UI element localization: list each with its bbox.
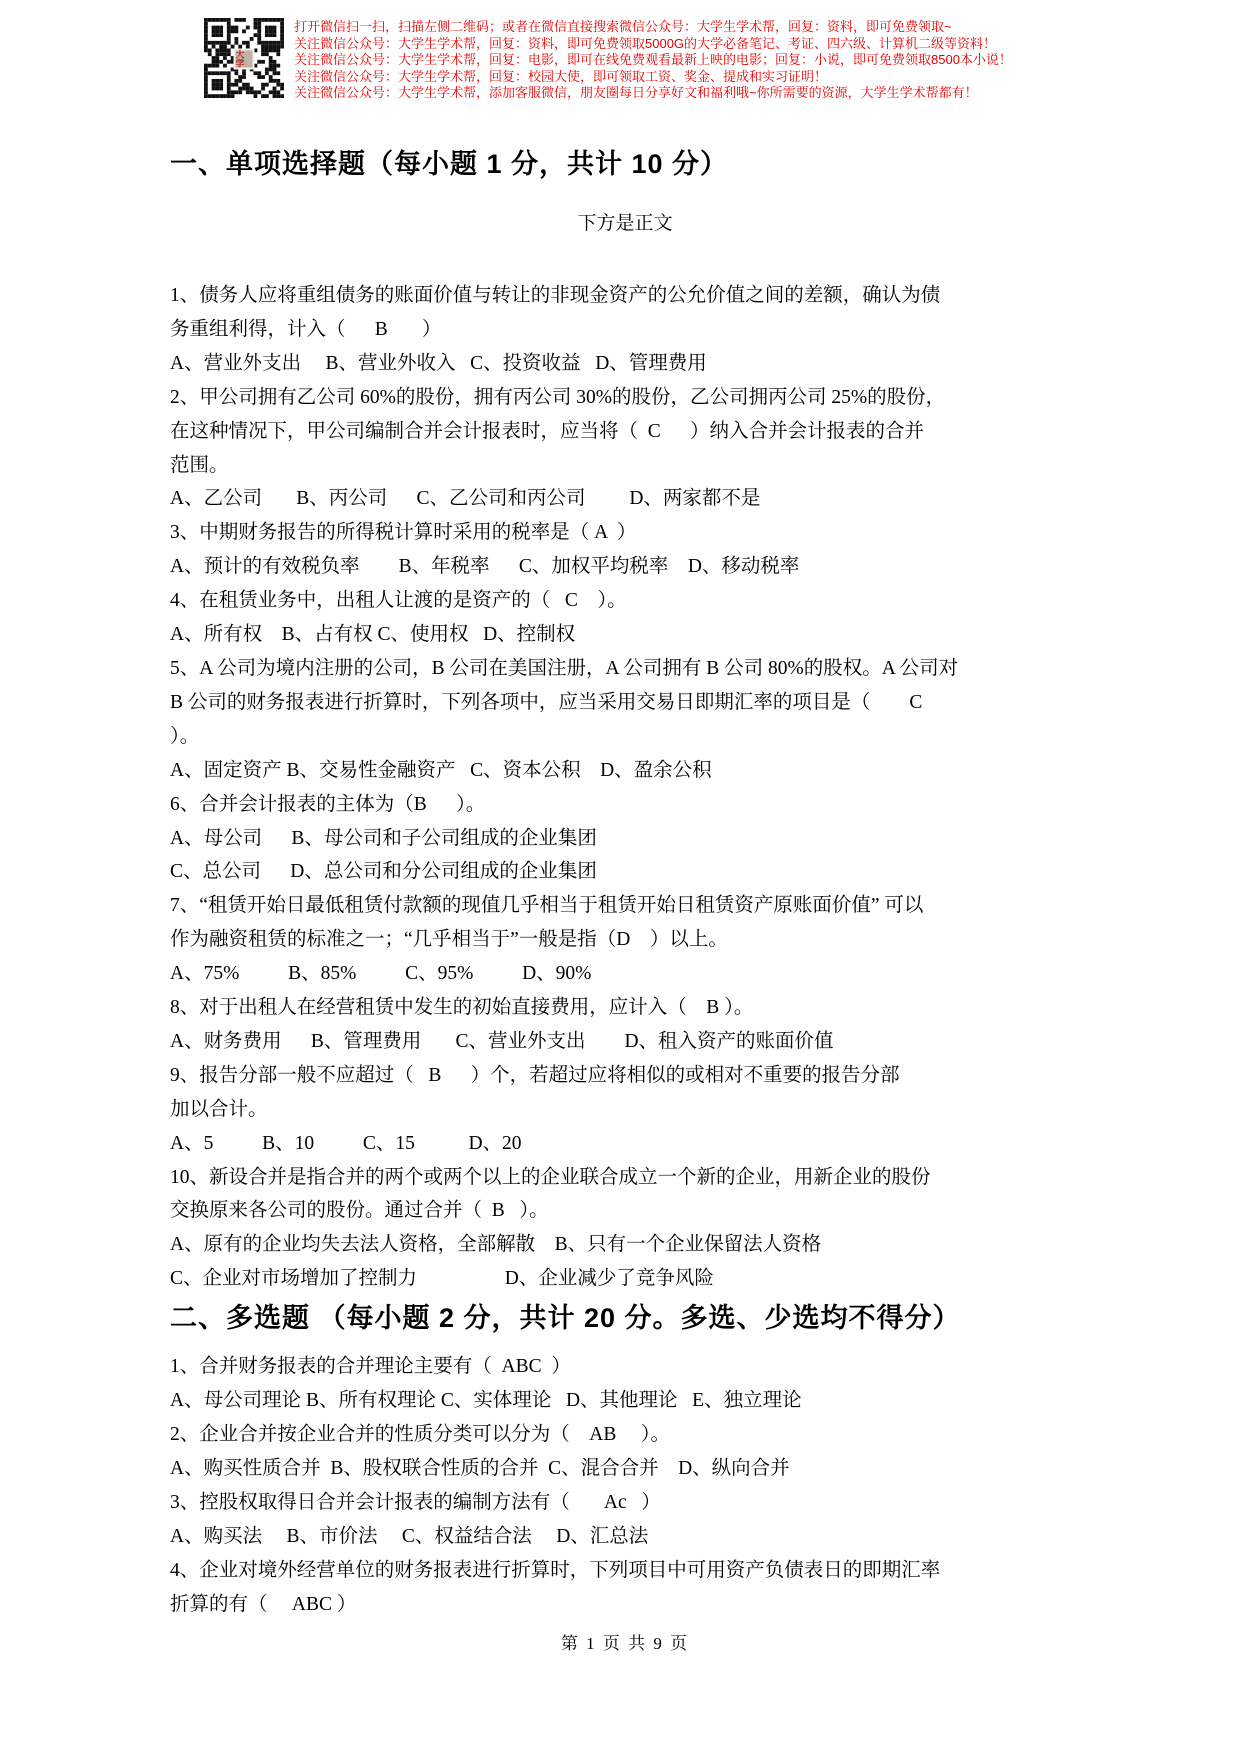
exam-text-line: 3、中期财务报告的所得税计算时采用的税率是（ A ）	[170, 516, 1080, 550]
exam-content: 一、单项选择题（每小题 1 分，共计 10 分） 下方是正文 1、债务人应将重组…	[0, 0, 1240, 1654]
exam-text-line: A、所有权 B、占有权 C、使用权 D、控制权	[170, 618, 1080, 652]
exam-text-line: A、购买法 B、市价法 C、权益结合法 D、汇总法	[170, 1520, 1080, 1554]
section1-title: 一、单项选择题（每小题 1 分，共计 10 分）	[170, 146, 1080, 182]
exam-text-line: 折算的有（ ABC ）	[170, 1588, 1080, 1622]
promo-text-line: 关注微信公众号：大学生学术帮，回复：校园大使，即可领取工资、奖金、提成和实习证明…	[294, 69, 1012, 86]
exam-text-line: 5、A 公司为境内注册的公司，B 公司在美国注册，A 公司拥有 B 公司 80%…	[170, 652, 1080, 686]
exam-text-line: A、购买性质合并 B、股权联合性质的合并 C、混合合并 D、纵向合并	[170, 1452, 1080, 1486]
promo-text-line: 打开微信扫一扫，扫描左侧二维码；或者在微信直接搜索微信公众号：大学生学术帮，回复…	[294, 19, 1012, 36]
exam-text-line: 9、报告分部一般不应超过（ B ）个，若超过应将相似的或相对不重要的报告分部	[170, 1059, 1080, 1093]
exam-text-line: A、预计的有效税负率 B、年税率 C、加权平均税率 D、移动税率	[170, 550, 1080, 584]
qr-code: 大学	[204, 18, 284, 100]
exam-text-line: A、5 B、10 C、15 D、20	[170, 1127, 1080, 1161]
exam-text-line: 在这种情况下，甲公司编制合并会计报表时，应当将（ C ）纳入合并会计报表的合并	[170, 415, 1080, 449]
promo-text-lines: 打开微信扫一扫，扫描左侧二维码；或者在微信直接搜索微信公众号：大学生学术帮，回复…	[294, 19, 1012, 102]
exam-text-line: 范围。	[170, 449, 1080, 483]
exam-text-line: 2、企业合并按企业合并的性质分类可以分为（ AB ）。	[170, 1418, 1080, 1452]
exam-text-line: 10、新设合并是指合并的两个或两个以上的企业联合成立一个新的企业，用新企业的股份	[170, 1161, 1080, 1195]
exam-text-line: 6、合并会计报表的主体为（B ）。	[170, 788, 1080, 822]
exam-text-line: A、乙公司 B、丙公司 C、乙公司和丙公司 D、两家都不是	[170, 482, 1080, 516]
exam-text-line: A、财务费用 B、管理费用 C、营业外支出 D、租入资产的账面价值	[170, 1025, 1080, 1059]
exam-text-line: 1、合并财务报表的合并理论主要有（ ABC ）	[170, 1350, 1080, 1384]
exam-text-line: C、企业对市场增加了控制力 D、企业减少了竞争风险	[170, 1262, 1080, 1296]
exam-text-line: A、原有的企业均失去法人资格，全部解散 B、只有一个企业保留法人资格	[170, 1228, 1080, 1262]
exam-text-line: ）。	[170, 720, 1080, 754]
section2-title: 二、多选题 （每小题 2 分，共计 20 分。多选、少选均不得分）	[170, 1300, 1080, 1336]
exam-text-line: A、75% B、85% C、95% D、90%	[170, 957, 1080, 991]
section2-questions: 1、合并财务报表的合并理论主要有（ ABC ）A、母公司理论 B、所有权理论 C…	[170, 1350, 1080, 1621]
body-start-note: 下方是正文	[170, 208, 1080, 235]
exam-page: 大学 打开微信扫一扫，扫描左侧二维码；或者在微信直接搜索微信公众号：大学生学术帮…	[0, 0, 1240, 1754]
exam-text-line: 交换原来各公司的股份。通过合并（ B ）。	[170, 1194, 1080, 1228]
section1-questions: 1、债务人应将重组债务的账面价值与转让的非现金资产的公允价值之间的差额，确认为债…	[170, 279, 1080, 1296]
exam-text-line: 8、对于出租人在经营租赁中发生的初始直接费用，应计入（ B ）。	[170, 991, 1080, 1025]
exam-text-line: 4、在租赁业务中，出租人让渡的是资产的（ C ）。	[170, 584, 1080, 618]
exam-text-line: 1、债务人应将重组债务的账面价值与转让的非现金资产的公允价值之间的差额，确认为债	[170, 279, 1080, 313]
exam-text-line: A、固定资产 B、交易性金融资产 C、资本公积 D、盈余公积	[170, 754, 1080, 788]
promo-text-line: 关注微信公众号：大学生学术帮，添加客服微信，朋友圈每日分享好文和福利哦~你所需要…	[294, 85, 1012, 102]
promo-text-line: 关注微信公众号：大学生学术帮，回复：电影，即可在线免费观看最新上映的电影；回复：…	[294, 52, 1012, 69]
exam-text-line: A、母公司理论 B、所有权理论 C、实体理论 D、其他理论 E、独立理论	[170, 1384, 1080, 1418]
exam-text-line: A、母公司 B、母公司和子公司组成的企业集团	[170, 822, 1080, 856]
exam-text-line: 务重组利得，计入（ B ）	[170, 313, 1080, 347]
exam-text-line: 4、企业对境外经营单位的财务报表进行折算时，下列项目中可用资产负债表日的即期汇率	[170, 1554, 1080, 1588]
promo-text-line: 关注微信公众号：大学生学术帮，回复：资料，即可免费领取5000G的大学必备笔记、…	[294, 36, 1012, 53]
page-number: 第 1 页 共 9 页	[170, 1629, 1080, 1654]
exam-text-line: 3、控股权取得日合并会计报表的编制方法有（ Ac ）	[170, 1486, 1080, 1520]
exam-text-line: 7、“租赁开始日最低租赁付款额的现值几乎相当于租赁开始日租赁资产原账面价值” 可…	[170, 889, 1080, 923]
exam-text-line: 作为融资租赁的标准之一；“几乎相当于”一般是指（D ）以上。	[170, 923, 1080, 957]
exam-text-line: 2、甲公司拥有乙公司 60%的股份，拥有丙公司 30%的股份，乙公司拥丙公司 2…	[170, 381, 1080, 415]
promo-header: 大学 打开微信扫一扫，扫描左侧二维码；或者在微信直接搜索微信公众号：大学生学术帮…	[204, 16, 1012, 102]
exam-text-line: 加以合计。	[170, 1093, 1080, 1127]
exam-text-line: A、营业外支出 B、营业外收入 C、投资收益 D、管理费用	[170, 347, 1080, 381]
exam-text-line: B 公司的财务报表进行折算时，下列各项中，应当采用交易日即期汇率的项目是（ C	[170, 686, 1080, 720]
qr-center-logo: 大学	[234, 49, 255, 70]
exam-text-line: C、总公司 D、总公司和分公司组成的企业集团	[170, 855, 1080, 889]
